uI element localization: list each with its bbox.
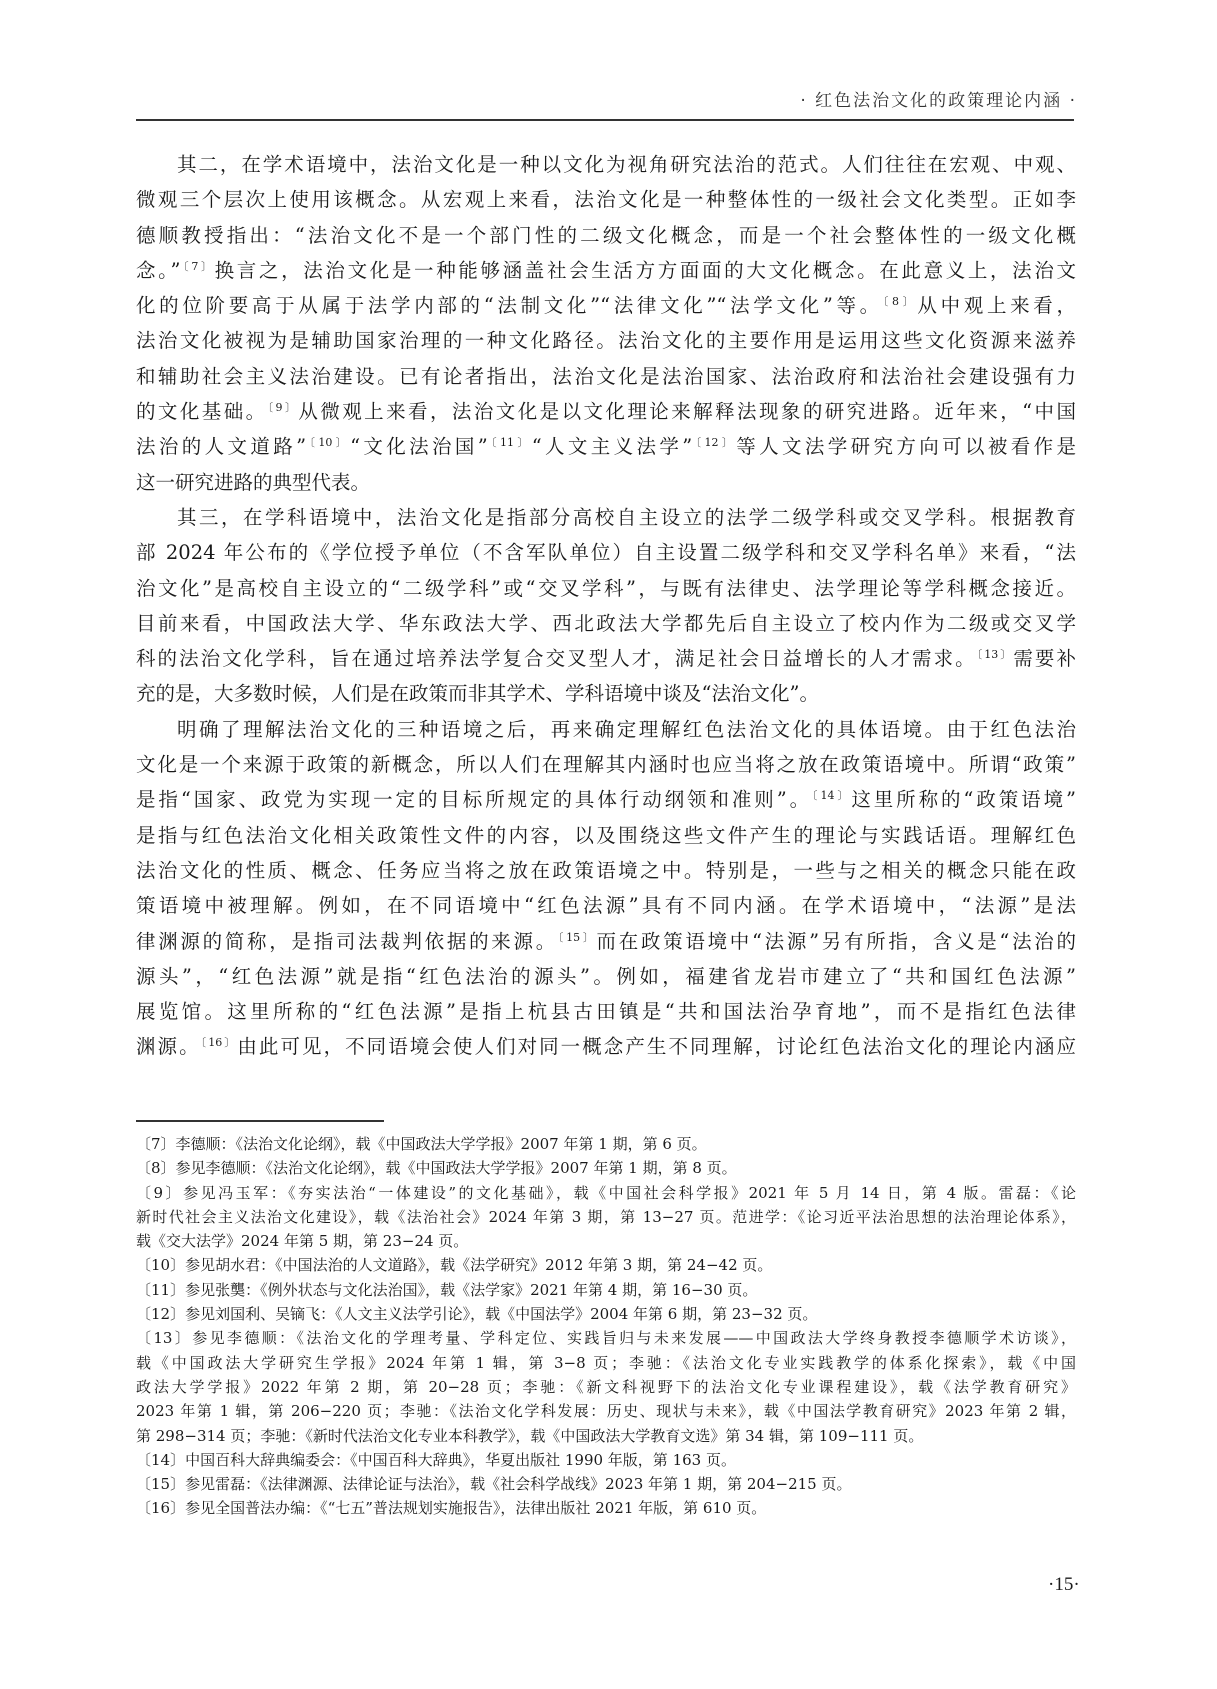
- text-run: 〔11〕参见张龑：《例外状态与文化法治国》，载《法学家》2021 年第 4 期，…: [136, 1281, 757, 1299]
- body-line: 部 2024 年公布的《学位授予单位（不含军队单位）自主设置二级学科和交叉学科名…: [136, 535, 1076, 570]
- footnotes: 〔7〕李德顺：《法治文化论纲》，载《中国政法大学学报》2007 年第 1 期，第…: [136, 1132, 1076, 1521]
- text-run: 源头”，“红色法源”就是指“红色法治的源头”。例如，福建省龙岩市建立了“共和国红…: [136, 965, 1076, 988]
- page-number: ·15·: [1048, 1574, 1080, 1596]
- footnote-ref[interactable]: 〔13〕: [977, 648, 1014, 661]
- text-run: 治文化”是高校自主设立的“二级学科”或“交叉学科”，与既有法律史、法学理论等学科…: [136, 577, 1076, 600]
- text-run: 等人文法学研究方向可以被看作是: [736, 435, 1076, 458]
- text-run: 化的位阶要高于从属于法学内部的“法制文化”“法律文化”“法学文化”等。: [136, 294, 883, 317]
- text-run: 〔16〕参见全国普法办编：《“七五”普法规划实施报告》，法律出版社 2021 年…: [136, 1499, 766, 1517]
- body-line: 的文化基础。〔9〕从微观上来看，法治文化是以文化理论来解释法现象的研究进路。近年…: [136, 394, 1076, 429]
- body-line: 其二，在学术语境中，法治文化是一种以文化为视角研究法治的范式。人们往往在宏观、中…: [136, 147, 1076, 182]
- footnote-line: 〔8〕参见李德顺：《法治文化论纲》，载《中国政法大学学报》2007 年第 1 期…: [136, 1156, 1076, 1180]
- body-line: 法治文化被视为是辅助国家治理的一种文化路径。法治文化的主要作用是运用这些文化资源…: [136, 323, 1076, 358]
- text-run: 这里所称的“政策语境”: [851, 788, 1076, 811]
- body-line: 法治文化的性质、概念、任务应当将之放在政策语境之中。特别是，一些与之相关的概念只…: [136, 853, 1076, 888]
- footnote-line: 载《中国政法大学研究生学报》2024 年第 1 辑，第 3−8 页；李驰：《法治…: [136, 1351, 1076, 1375]
- text-run: 新时代社会主义法治文化建设》，载《法治社会》2024 年第 3 期，第 13−2…: [136, 1208, 1076, 1226]
- body-line: 和辅助社会主义法治建设。已有论者指出，法治文化是法治国家、法治政府和法治社会建设…: [136, 359, 1076, 394]
- body-line: 渊源。〔16〕由此可见，不同语境会使人们对同一概念产生不同理解，讨论红色法治文化…: [136, 1029, 1076, 1064]
- footnote-line: 〔7〕李德顺：《法治文化论纲》，载《中国政法大学学报》2007 年第 1 期，第…: [136, 1132, 1076, 1156]
- text-run: 〔8〕参见李德顺：《法治文化论纲》，载《中国政法大学学报》2007 年第 1 期…: [136, 1159, 737, 1177]
- text-run: 法治文化的性质、概念、任务应当将之放在政策语境之中。特别是，一些与之相关的概念只…: [136, 859, 1076, 882]
- body-line: 目前来看，中国政法大学、华东政法大学、西北政法大学都先后自主设立了校内作为二级或…: [136, 606, 1076, 641]
- text-run: 部 2024 年公布的《学位授予单位（不含军队单位）自主设置二级学科和交叉学科名…: [136, 541, 1076, 564]
- text-run: 渊源。: [136, 1035, 201, 1058]
- text-run: 念。”: [136, 259, 181, 282]
- text-run: 〔10〕参见胡水君：《中国法治的人文道路》，载《法学研究》2012 年第 3 期…: [136, 1256, 772, 1274]
- text-run: 文化是一个来源于政策的新概念，所以人们在理解其内涵时也应当将之放在政策语境中。所…: [136, 753, 1076, 776]
- text-run: 〔9〕参见冯玉军：《夯实法治“一体建设”的文化基础》，载《中国社会科学报》202…: [136, 1184, 1076, 1202]
- text-run: 从微观上来看，法治文化是以文化理论来解释法现象的研究进路。近年来，“中国: [298, 400, 1076, 423]
- footnote-ref[interactable]: 〔7〕: [181, 260, 215, 273]
- text-run: 展览馆。这里所称的“红色法源”是指上杭县古田镇是“共和国法治孕育地”，而不是指红…: [136, 1000, 1076, 1023]
- footnote-line: 〔14〕中国百科大辞典编委会：《中国百科大辞典》，华夏出版社 1990 年版，第…: [136, 1448, 1076, 1472]
- body-text: 其二，在学术语境中，法治文化是一种以文化为视角研究法治的范式。人们往往在宏观、中…: [136, 147, 1076, 1065]
- body-line: 德顺教授指出：“法治文化不是一个部门性的二级文化概念，而是一个社会整体性的一级文…: [136, 218, 1076, 253]
- running-head: · 红色法治文化的政策理论内涵 ·: [800, 86, 1077, 111]
- footnote-line: 〔15〕参见雷磊：《法律渊源、法律论证与法治》，载《社会科学战线》2023 年第…: [136, 1472, 1076, 1496]
- footnote-line: 2023 年第 1 辑，第 206−220 页；李驰：《法治文化学科发展：历史、…: [136, 1399, 1076, 1423]
- footnote-line: 载《交大法学》2024 年第 5 期，第 23−24 页。: [136, 1229, 1076, 1253]
- text-run: 这一研究进路的典型代表。: [136, 471, 370, 494]
- body-line: 法治的人文道路”〔10〕“文化法治国”〔11〕“人文主义法学”〔12〕等人文法学…: [136, 429, 1076, 464]
- body-line: 文化是一个来源于政策的新概念，所以人们在理解其内涵时也应当将之放在政策语境中。所…: [136, 747, 1076, 782]
- text-run: 第 298−314 页；李驰：《新时代法治文化专业本科教学》，载《中国政法大学教…: [136, 1427, 923, 1445]
- footnote-rule: [136, 1120, 384, 1122]
- text-run: 是指“国家、政党为实现一定的目标所规定的具体行动纲领和准则”。: [136, 788, 812, 811]
- text-run: 的文化基础。: [136, 400, 268, 423]
- footnote-line: 〔16〕参见全国普法办编：《“七五”普法规划实施报告》，法律出版社 2021 年…: [136, 1496, 1076, 1520]
- body-line: 律渊源的简称，是指司法裁判依据的来源。〔15〕而在政策语境中“法源”另有所指，含…: [136, 924, 1076, 959]
- footnote-ref[interactable]: 〔16〕: [201, 1036, 238, 1049]
- text-run: 目前来看，中国政法大学、华东政法大学、西北政法大学都先后自主设立了校内作为二级或…: [136, 612, 1076, 635]
- text-run: 〔7〕李德顺：《法治文化论纲》，载《中国政法大学学报》2007 年第 1 期，第…: [136, 1135, 707, 1153]
- text-run: 2023 年第 1 辑，第 206−220 页；李驰：《法治文化学科发展：历史、…: [136, 1402, 1076, 1420]
- body-line: 这一研究进路的典型代表。: [136, 465, 1076, 500]
- text-run: 政法大学学报》2022 年第 2 期，第 20−28 页；李驰：《新文科视野下的…: [136, 1378, 1076, 1396]
- text-run: 法治的人文道路”: [136, 435, 306, 458]
- footnote-line: 〔9〕参见冯玉军：《夯实法治“一体建设”的文化基础》，载《中国社会科学报》202…: [136, 1181, 1076, 1205]
- text-run: 换言之，法治文化是一种能够涵盖社会生活方方面面的大文化概念。在此意义上，法治文: [215, 259, 1076, 282]
- header-rule: [136, 119, 1074, 121]
- text-run: 明确了理解法治文化的三种语境之后，再来确定理解红色法治文化的具体语境。由于红色法…: [177, 718, 1076, 741]
- footnote-line: 政法大学学报》2022 年第 2 期，第 20−28 页；李驰：《新文科视野下的…: [136, 1375, 1076, 1399]
- footnote-line: 〔12〕参见刘国利、吴镝飞：《人文主义法学引论》，载《中国法学》2004 年第 …: [136, 1302, 1076, 1326]
- text-run: 充的是，大多数时候，人们是在政策而非其学术、学科语境中谈及“法治文化”。: [136, 682, 819, 705]
- body-line: 科的法治文化学科，旨在通过培养法学复合交叉型人才，满足社会日益增长的人才需求。〔…: [136, 641, 1076, 676]
- footnote-line: 〔11〕参见张龑：《例外状态与文化法治国》，载《法学家》2021 年第 4 期，…: [136, 1278, 1076, 1302]
- text-run: 〔12〕参见刘国利、吴镝飞：《人文主义法学引论》，载《中国法学》2004 年第 …: [136, 1305, 817, 1323]
- text-run: 其三，在学科语境中，法治文化是指部分高校自主设立的法学二级学科或交叉学科。根据教…: [177, 506, 1076, 529]
- text-run: “文化法治国”: [350, 435, 488, 458]
- body-line: 治文化”是高校自主设立的“二级学科”或“交叉学科”，与既有法律史、法学理论等学科…: [136, 571, 1076, 606]
- footnote-line: 〔10〕参见胡水君：《中国法治的人文道路》，载《法学研究》2012 年第 3 期…: [136, 1253, 1076, 1277]
- body-line: 充的是，大多数时候，人们是在政策而非其学术、学科语境中谈及“法治文化”。: [136, 676, 1076, 711]
- text-run: 从中观上来看，: [917, 294, 1076, 317]
- body-line: 化的位阶要高于从属于法学内部的“法制文化”“法律文化”“法学文化”等。〔8〕从中…: [136, 288, 1076, 323]
- text-run: 〔14〕中国百科大辞典编委会：《中国百科大辞典》，华夏出版社 1990 年版，第…: [136, 1451, 736, 1469]
- text-run: “人文主义法学”: [532, 435, 693, 458]
- footnote-line: 〔13〕参见李德顺：《法治文化的学理考量、学科定位、实践旨归与未来发展——中国政…: [136, 1326, 1076, 1350]
- text-run: 载《中国政法大学研究生学报》2024 年第 1 辑，第 3−8 页；李驰：《法治…: [136, 1354, 1076, 1372]
- text-run: 而在政策语境中“法源”另有所指，含义是“法治的: [597, 930, 1076, 953]
- text-run: 德顺教授指出：“法治文化不是一个部门性的二级文化概念，而是一个社会整体性的一级文…: [136, 224, 1076, 247]
- text-run: 载《交大法学》2024 年第 5 期，第 23−24 页。: [136, 1232, 468, 1250]
- footnote-ref[interactable]: 〔10〕: [306, 436, 350, 449]
- text-run: 和辅助社会主义法治建设。已有论者指出，法治文化是法治国家、法治政府和法治社会建设…: [136, 365, 1076, 388]
- body-line: 展览馆。这里所称的“红色法源”是指上杭县古田镇是“共和国法治孕育地”，而不是指红…: [136, 994, 1076, 1029]
- text-run: 由此可见，不同语境会使人们对同一概念产生不同理解，讨论红色法治文化的理论内涵应: [237, 1035, 1076, 1058]
- body-line: 微观三个层次上使用该概念。从宏观上来看，法治文化是一种整体性的一级社会文化类型。…: [136, 182, 1076, 217]
- body-line: 源头”，“红色法源”就是指“红色法治的源头”。例如，福建省龙岩市建立了“共和国红…: [136, 959, 1076, 994]
- text-run: 需要补: [1013, 647, 1076, 670]
- text-run: 是指与红色法治文化相关政策性文件的内容，以及围绕这些文件产生的理论与实践话语。理…: [136, 824, 1076, 847]
- footnote-ref[interactable]: 〔9〕: [268, 401, 299, 414]
- footnote-ref[interactable]: 〔15〕: [558, 931, 597, 944]
- footnote-ref[interactable]: 〔8〕: [883, 295, 918, 308]
- footnote-line: 新时代社会主义法治文化建设》，载《法治社会》2024 年第 3 期，第 13−2…: [136, 1205, 1076, 1229]
- text-run: 〔13〕参见李德顺：《法治文化的学理考量、学科定位、实践旨归与未来发展——中国政…: [136, 1329, 1076, 1347]
- text-run: 策语境中被理解。例如，在不同语境中“红色法源”具有不同内涵。在学术语境中，“法源…: [136, 894, 1076, 917]
- body-line: 念。”〔7〕换言之，法治文化是一种能够涵盖社会生活方方面面的大文化概念。在此意义…: [136, 253, 1076, 288]
- body-line: 是指与红色法治文化相关政策性文件的内容，以及围绕这些文件产生的理论与实践话语。理…: [136, 818, 1076, 853]
- text-run: 微观三个层次上使用该概念。从宏观上来看，法治文化是一种整体性的一级社会文化类型。…: [136, 188, 1076, 211]
- body-line: 策语境中被理解。例如，在不同语境中“红色法源”具有不同内涵。在学术语境中，“法源…: [136, 888, 1076, 923]
- body-line: 其三，在学科语境中，法治文化是指部分高校自主设立的法学二级学科或交叉学科。根据教…: [136, 500, 1076, 535]
- text-run: 其二，在学术语境中，法治文化是一种以文化为视角研究法治的范式。人们往往在宏观、中…: [177, 153, 1076, 176]
- text-run: 律渊源的简称，是指司法裁判依据的来源。: [136, 930, 558, 953]
- body-line: 明确了理解法治文化的三种语境之后，再来确定理解红色法治文化的具体语境。由于红色法…: [136, 712, 1076, 747]
- footnote-ref[interactable]: 〔12〕: [692, 436, 736, 449]
- text-run: 〔15〕参见雷磊：《法律渊源、法律论证与法治》，载《社会科学战线》2023 年第…: [136, 1475, 851, 1493]
- footnote-ref[interactable]: 〔14〕: [812, 789, 851, 802]
- text-run: 法治文化被视为是辅助国家治理的一种文化路径。法治文化的主要作用是运用这些文化资源…: [136, 329, 1076, 352]
- text-run: 科的法治文化学科，旨在通过培养法学复合交叉型人才，满足社会日益增长的人才需求。: [136, 647, 977, 670]
- body-line: 是指“国家、政党为实现一定的目标所规定的具体行动纲领和准则”。〔14〕这里所称的…: [136, 782, 1076, 817]
- footnote-line: 第 298−314 页；李驰：《新时代法治文化专业本科教学》，载《中国政法大学教…: [136, 1424, 1076, 1448]
- footnote-ref[interactable]: 〔11〕: [488, 436, 532, 449]
